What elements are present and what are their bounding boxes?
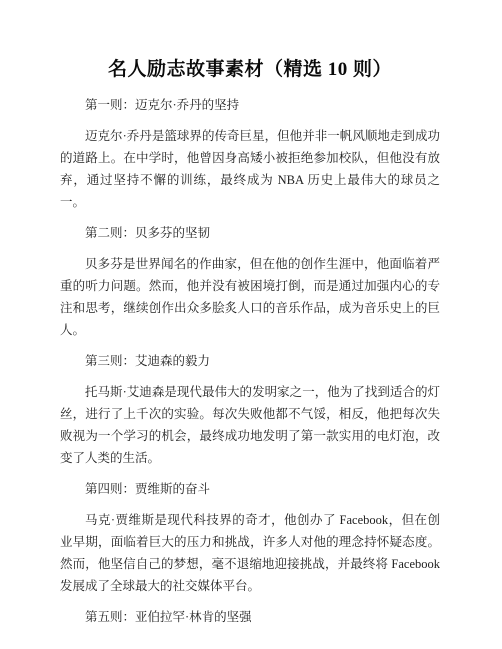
document-page: 名人励志故事素材（精选 10 则） 第一则：迈克尔·乔丹的坚持 迈克尔·乔丹是篮… (0, 0, 502, 649)
story-paragraph: 迈克尔·乔丹是篮球界的传奇巨星，但他并非一帆风顺地走到成功的道路上。在中学时，他… (60, 125, 440, 213)
story-paragraph: 托马斯·艾迪森是现代最伟大的发明家之一，他为了找到适合的灯丝，进行了上千次的实验… (60, 381, 440, 469)
story-heading: 第一则：迈克尔·乔丹的坚持 (60, 94, 440, 116)
story-paragraph: 贝多芬是世界闻名的作曲家，但在他的创作生涯中，他面临着严重的听力问题。然而，他并… (60, 253, 440, 341)
story-section: 第一则：迈克尔·乔丹的坚持 迈克尔·乔丹是篮球界的传奇巨星，但他并非一帆风顺地走… (60, 94, 440, 213)
story-section: 第五则：亚伯拉罕·林肯的坚强 (60, 606, 440, 628)
story-section: 第三则：艾迪森的毅力 托马斯·艾迪森是现代最伟大的发明家之一，他为了找到适合的灯… (60, 350, 440, 469)
story-section: 第二则：贝多芬的坚韧 贝多芬是世界闻名的作曲家，但在他的创作生涯中，他面临着严重… (60, 222, 440, 341)
story-section: 第四则：贾维斯的奋斗 马克·贾维斯是现代科技界的奇才，他创办了 Facebook… (60, 478, 440, 597)
story-heading: 第五则：亚伯拉罕·林肯的坚强 (60, 606, 440, 628)
story-heading: 第三则：艾迪森的毅力 (60, 350, 440, 372)
page-title: 名人励志故事素材（精选 10 则） (60, 56, 440, 83)
story-paragraph: 马克·贾维斯是现代科技界的奇才，他创办了 Facebook，但在创业早期，面临着… (60, 509, 440, 597)
story-heading: 第二则：贝多芬的坚韧 (60, 222, 440, 244)
story-heading: 第四则：贾维斯的奋斗 (60, 478, 440, 500)
